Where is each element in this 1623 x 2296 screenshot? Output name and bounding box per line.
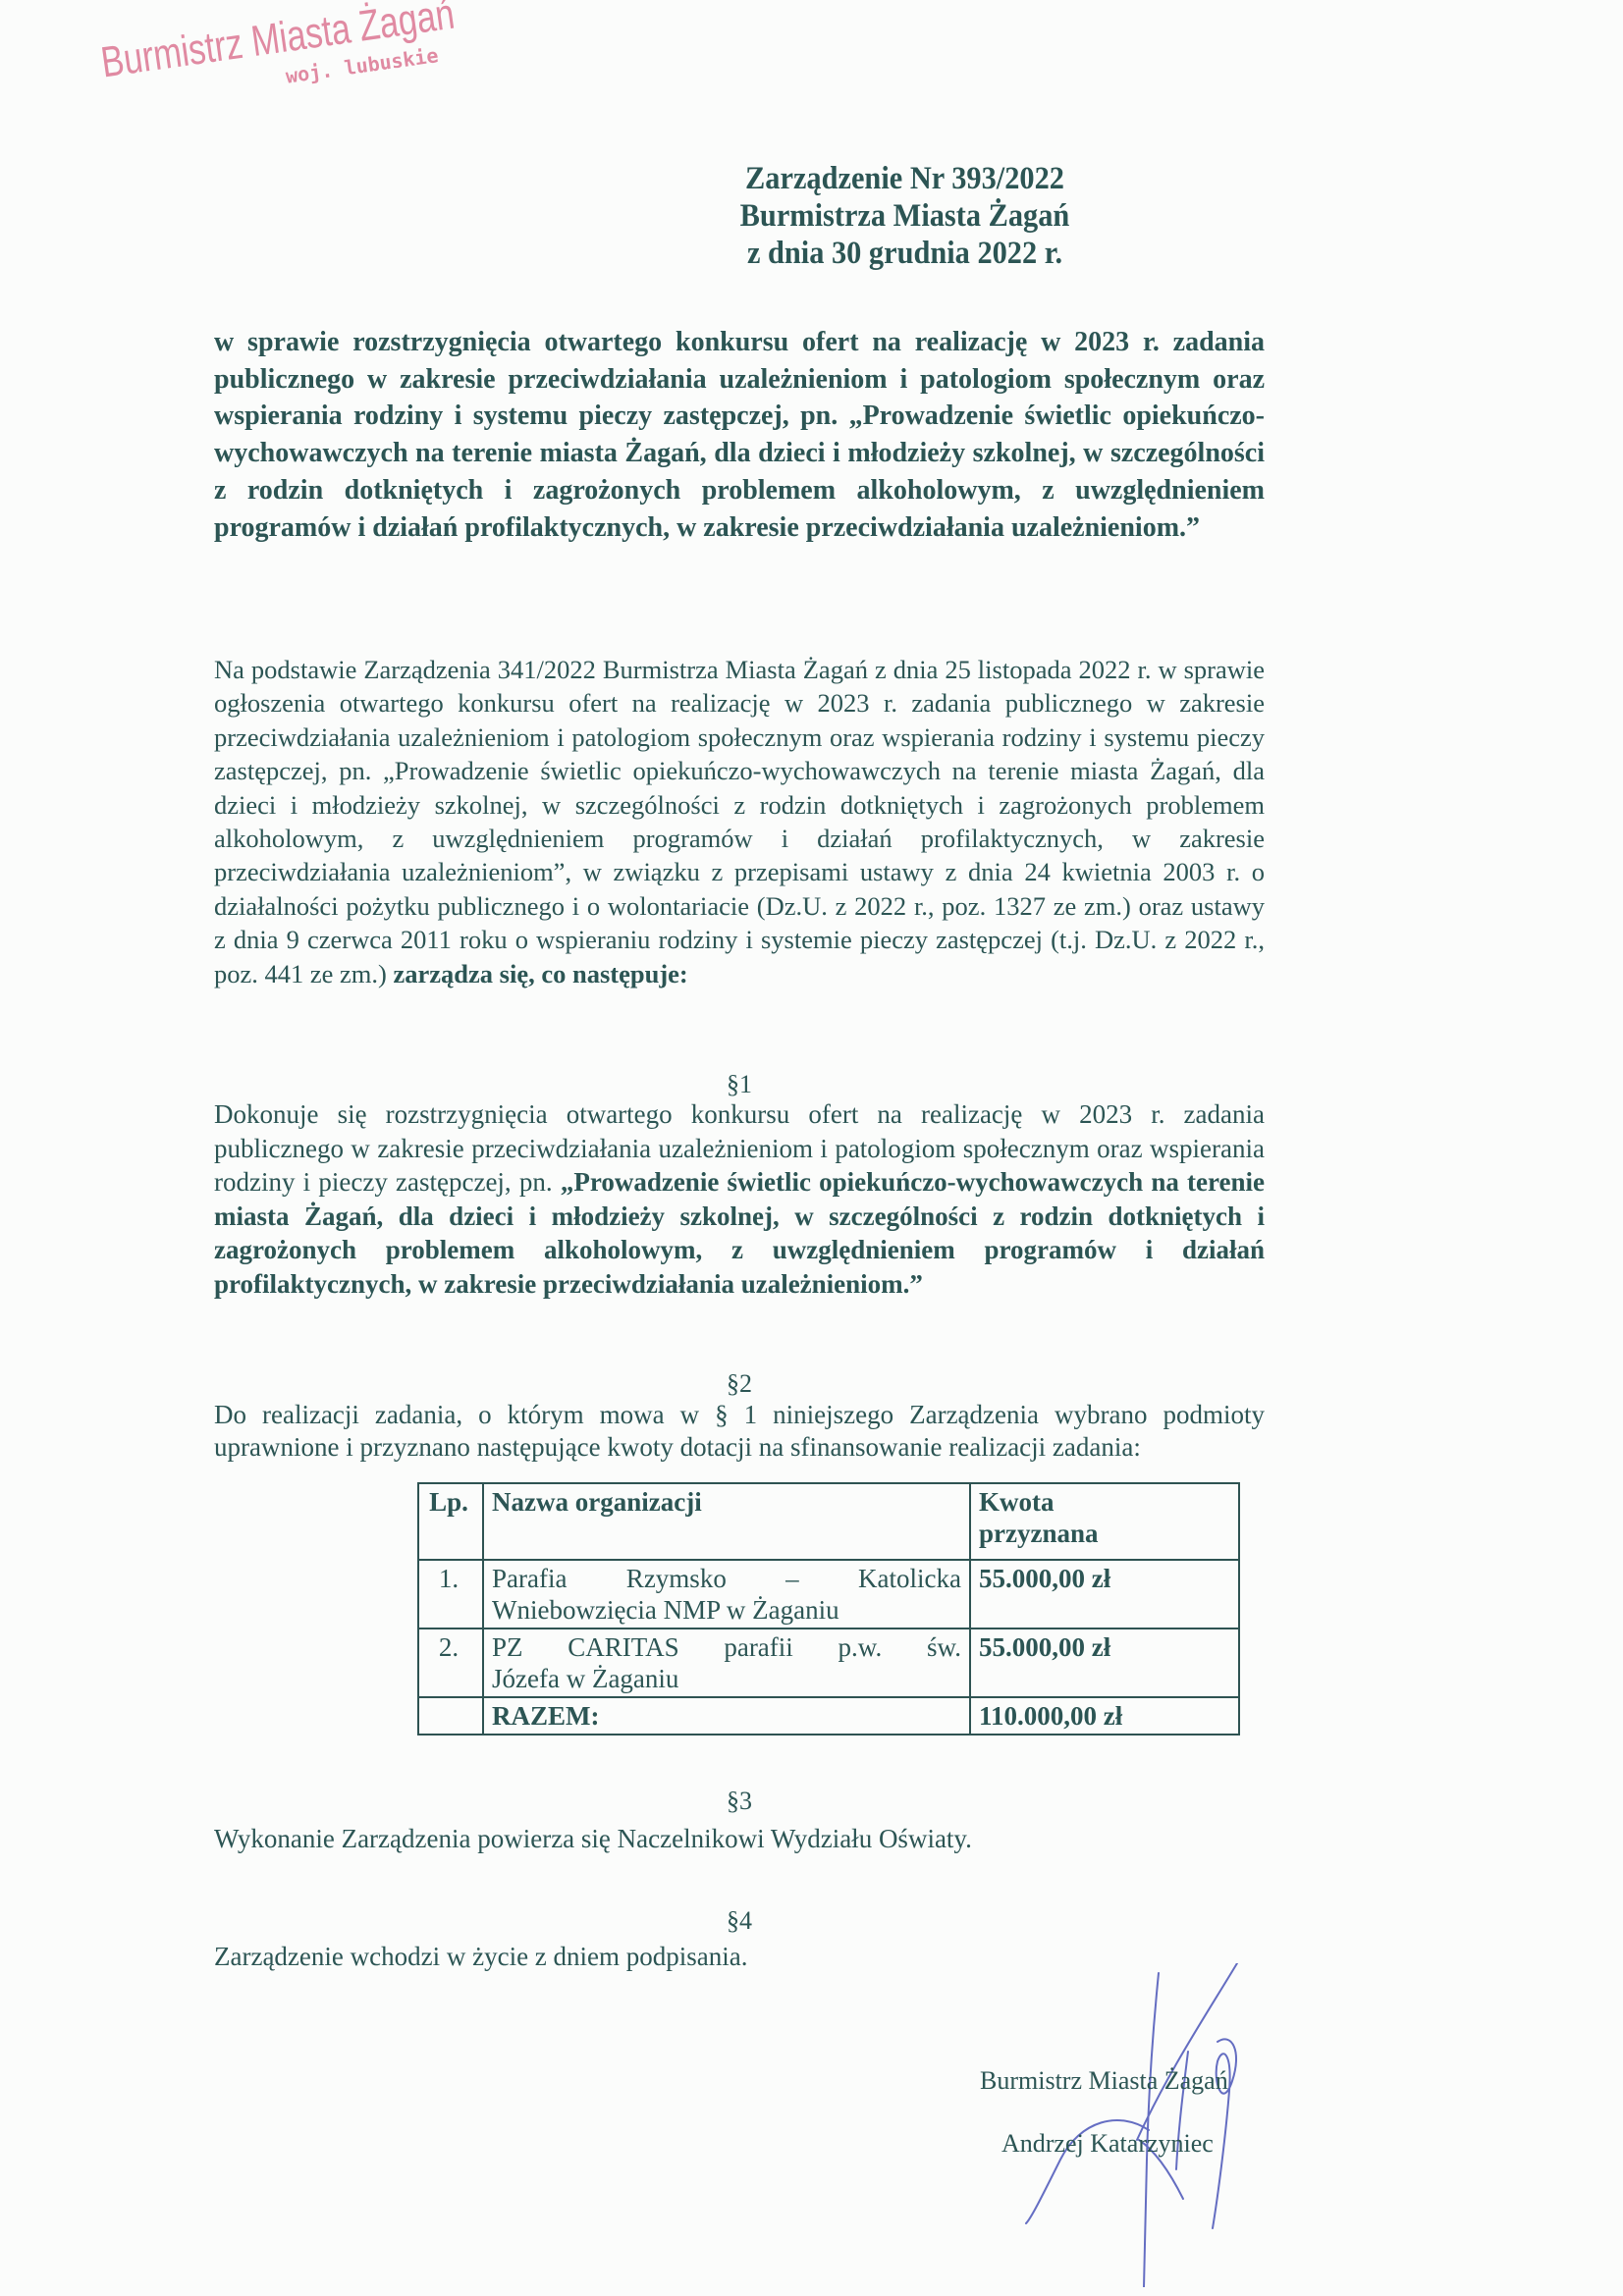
document-header: Zarządzenie Nr 393/2022 Burmistrza Miast… [0, 160, 1623, 272]
legal-basis: Na podstawie Zarządzenia 341/2022 Burmis… [214, 653, 1265, 990]
table-row: 2. PZ CARITAS parafii p.w. św. Józefa w … [418, 1629, 1239, 1697]
order-date: z dnia 30 grudnia 2022 r. [244, 235, 1566, 272]
signature-block: Burmistrz Miasta Żagań Andrzej Katarzyni… [980, 2050, 1228, 2175]
section-mark-2: §2 [214, 1369, 1265, 1399]
grants-table: Lp. Nazwa organizacji Kwota przyznana 1.… [417, 1482, 1240, 1735]
header-lp: Lp. [418, 1483, 483, 1560]
header-organization: Nazwa organizacji [483, 1483, 970, 1560]
row-lp: 2. [418, 1629, 483, 1697]
section-3-text: Wykonanie Zarządzenia powierza się Nacze… [214, 1824, 1265, 1854]
section-mark-1: §1 [214, 1070, 1265, 1099]
issuer: Burmistrza Miasta Żagań [244, 197, 1566, 235]
total-lp [418, 1697, 483, 1735]
document-subject: w sprawie rozstrzygnięcia otwartego konk… [214, 324, 1265, 546]
total-amount: 110.000,00 zł [970, 1697, 1239, 1735]
signatory-title: Burmistrz Miasta Żagań [980, 2050, 1228, 2112]
row-amount: 55.000,00 zł [970, 1629, 1239, 1697]
section-1-text: Dokonuje się rozstrzygnięcia otwartego k… [214, 1097, 1265, 1302]
table-header-row: Lp. Nazwa organizacji Kwota przyznana [418, 1483, 1239, 1560]
section-mark-3: §3 [214, 1787, 1265, 1816]
section-mark-4: §4 [214, 1906, 1265, 1936]
row-organization: Parafia Rzymsko – Katolicka Wniebowzięci… [483, 1560, 970, 1629]
table-row: 1. Parafia Rzymsko – Katolicka Wniebowzi… [418, 1560, 1239, 1629]
signatory-name: Andrzej Katarzyniec [980, 2112, 1228, 2175]
row-lp: 1. [418, 1560, 483, 1629]
official-stamp: Burmistrz Miasta Żagań woj. lubuskie [98, 0, 561, 113]
order-number: Zarządzenie Nr 393/2022 [244, 160, 1566, 197]
legal-basis-text: Na podstawie Zarządzenia 341/2022 Burmis… [214, 655, 1265, 988]
legal-basis-decree: zarządza się, co następuje: [394, 959, 688, 988]
table-total-row: RAZEM: 110.000,00 zł [418, 1697, 1239, 1735]
row-organization: PZ CARITAS parafii p.w. św. Józefa w Żag… [483, 1629, 970, 1697]
section-2-text: Do realizacji zadania, o którym mowa w §… [214, 1399, 1265, 1464]
total-label: RAZEM: [483, 1697, 970, 1735]
row-amount: 55.000,00 zł [970, 1560, 1239, 1629]
header-amount: Kwota przyznana [970, 1483, 1239, 1560]
